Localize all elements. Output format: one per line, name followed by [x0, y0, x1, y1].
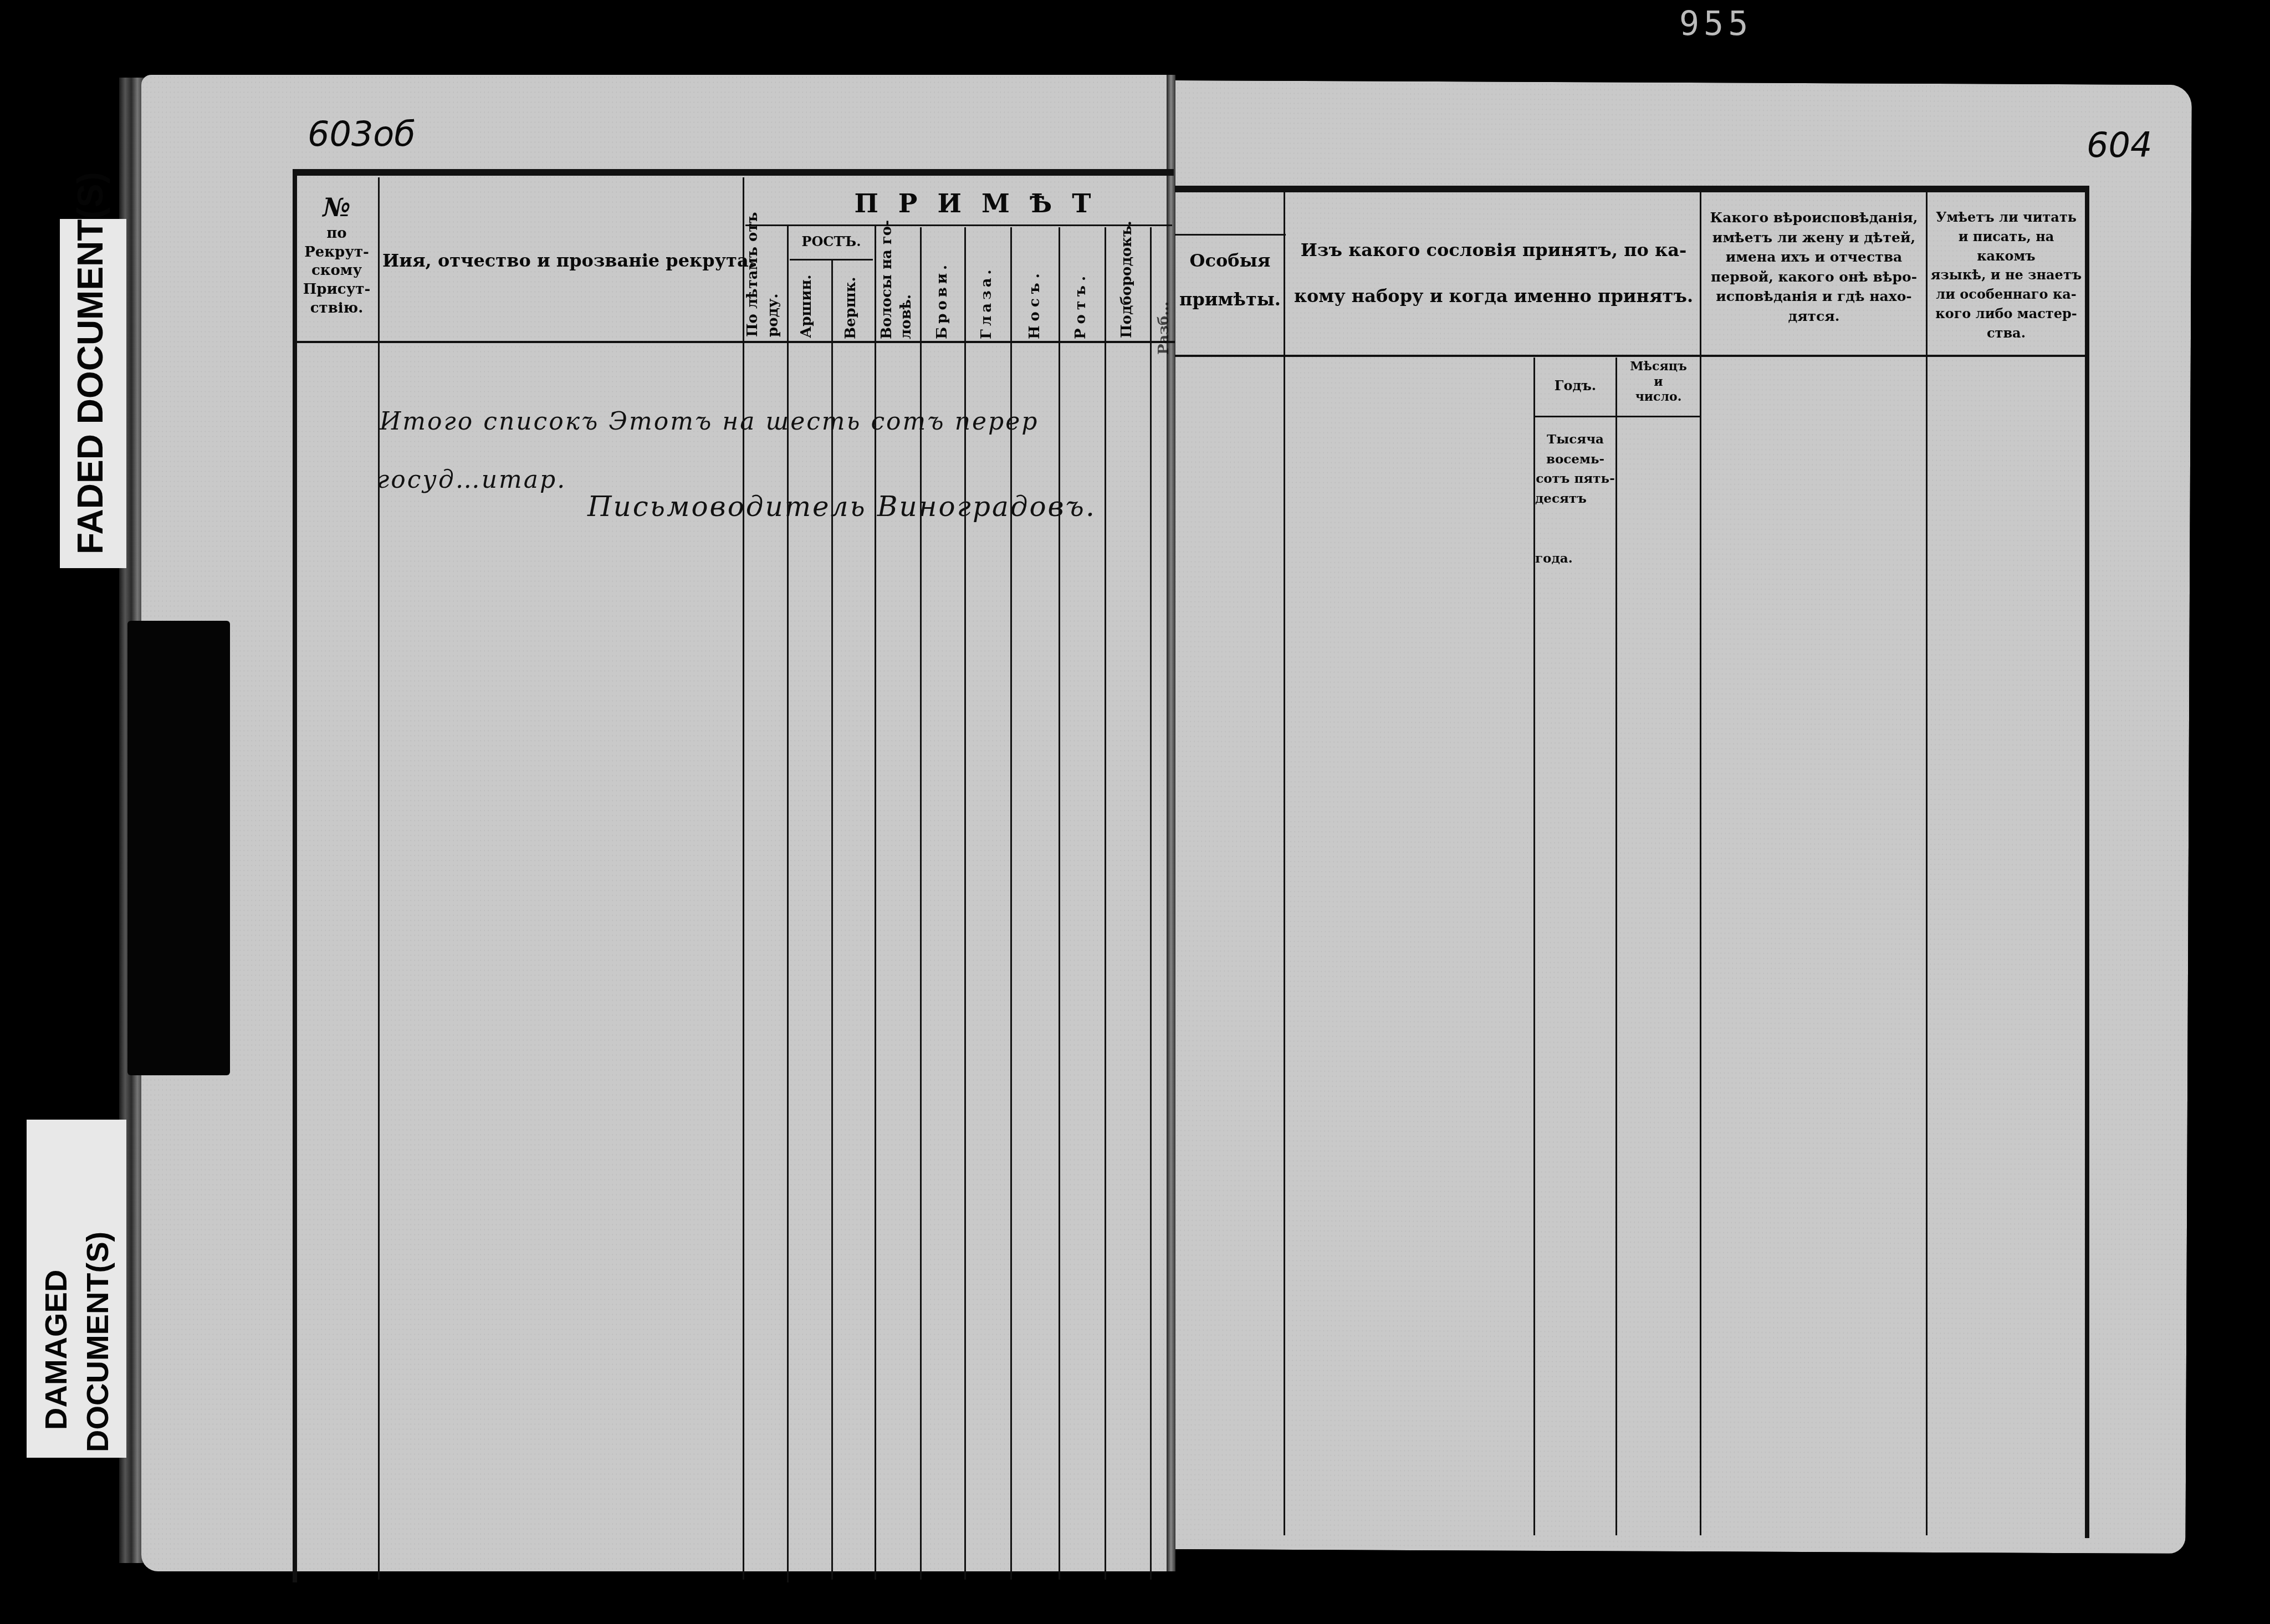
- right-table-top-rule: [1175, 186, 2089, 192]
- signs-group-rule: [745, 224, 1172, 226]
- col-divider-literacy: [1926, 188, 1928, 1535]
- header-nose: Носъ.: [1026, 269, 1043, 339]
- year-entry-printed: Тысяча восемь- сотъ пять- десятъ года.: [1535, 430, 1615, 568]
- header-age-line1: По лѣтамъ отъ: [744, 212, 761, 338]
- frame-number: 955: [1679, 4, 1752, 43]
- col-divider-special: [1284, 188, 1285, 1535]
- header-arshin: Аршин.: [798, 274, 815, 338]
- header-estate: Изъ какого сословія принятъ, по ка- кому…: [1289, 227, 1699, 319]
- black-tab: [127, 621, 230, 1075]
- col-divider-chin: [1150, 227, 1152, 1580]
- faded-document-stamp: FADED DOCUMENT(S): [60, 219, 126, 568]
- table-left-border: [293, 169, 297, 1582]
- header-literacy: Умѣетъ ли читать и писать, на какомъ язы…: [1929, 208, 2084, 343]
- header-brows: Брови.: [934, 262, 950, 339]
- col-divider-year-month: [1615, 358, 1617, 1535]
- damaged-document-stamp: DAMAGED DOCUMENT(S): [27, 1120, 126, 1458]
- damaged-label-line2: DOCUMENT(S): [79, 1232, 115, 1452]
- header-age-line2: роду.: [765, 293, 781, 337]
- date-subheader-rule: [1534, 416, 1700, 417]
- header-eyes: Глаза.: [978, 266, 995, 339]
- right-header-bottom-rule: [1175, 355, 2089, 357]
- faded-document-label: FADED DOCUMENT(S): [70, 172, 111, 554]
- col-divider-nose: [1059, 227, 1060, 1580]
- page-gutter: [1167, 75, 1175, 1571]
- header-hair-line2: ловѣ.: [898, 294, 914, 339]
- left-folio-number: 603об: [308, 114, 416, 154]
- handwritten-total-line2: госуд…итар.: [377, 466, 566, 494]
- header-vershok: Вершк.: [842, 277, 859, 339]
- header-name: Иия, отчество и прозваніе рекрута.: [382, 249, 743, 273]
- header-height-group: РОСТЪ.: [790, 233, 873, 250]
- header-mouth: Ротъ.: [1072, 272, 1089, 339]
- header-special-signs: Особыя примѣты.: [1176, 249, 1284, 311]
- col-divider-religion: [1700, 188, 1701, 1535]
- header-chin: Подбородокъ.: [1118, 221, 1135, 338]
- right-table-border: [2085, 186, 2089, 1538]
- col-divider-arshin: [831, 261, 833, 1580]
- handwritten-total-line1: Итого списокъ Этотъ на шесть сотъ перер: [380, 407, 1039, 436]
- header-extra-partial: Разб…: [1156, 302, 1172, 355]
- col-divider-name: [743, 177, 744, 1580]
- header-year: Годъ.: [1535, 377, 1615, 394]
- col-divider-number: [378, 177, 380, 1580]
- header-month-day: Мѣсяцъ и число.: [1618, 359, 1699, 405]
- header-religion: Какого вѣроисповѣданія, имѣетъ ли жену и…: [1703, 208, 1925, 326]
- header-signs-group: П Р И М Ѣ Т: [787, 187, 1164, 221]
- header-number: № по Рекрут- скому Присут- ствію.: [296, 191, 377, 318]
- special-signs-top-rule: [1175, 234, 1286, 236]
- clerk-signature: Письмоводитель Виноградовъ.: [587, 491, 1096, 523]
- col-divider-mouth: [1105, 227, 1106, 1580]
- right-folio-number: 604: [2087, 125, 2152, 165]
- table-top-rule: [293, 169, 1174, 176]
- damaged-label-line1: DAMAGED: [38, 1270, 74, 1430]
- header-bottom-rule: [294, 341, 1175, 343]
- header-hair-line1: Волосы на го-: [878, 220, 895, 339]
